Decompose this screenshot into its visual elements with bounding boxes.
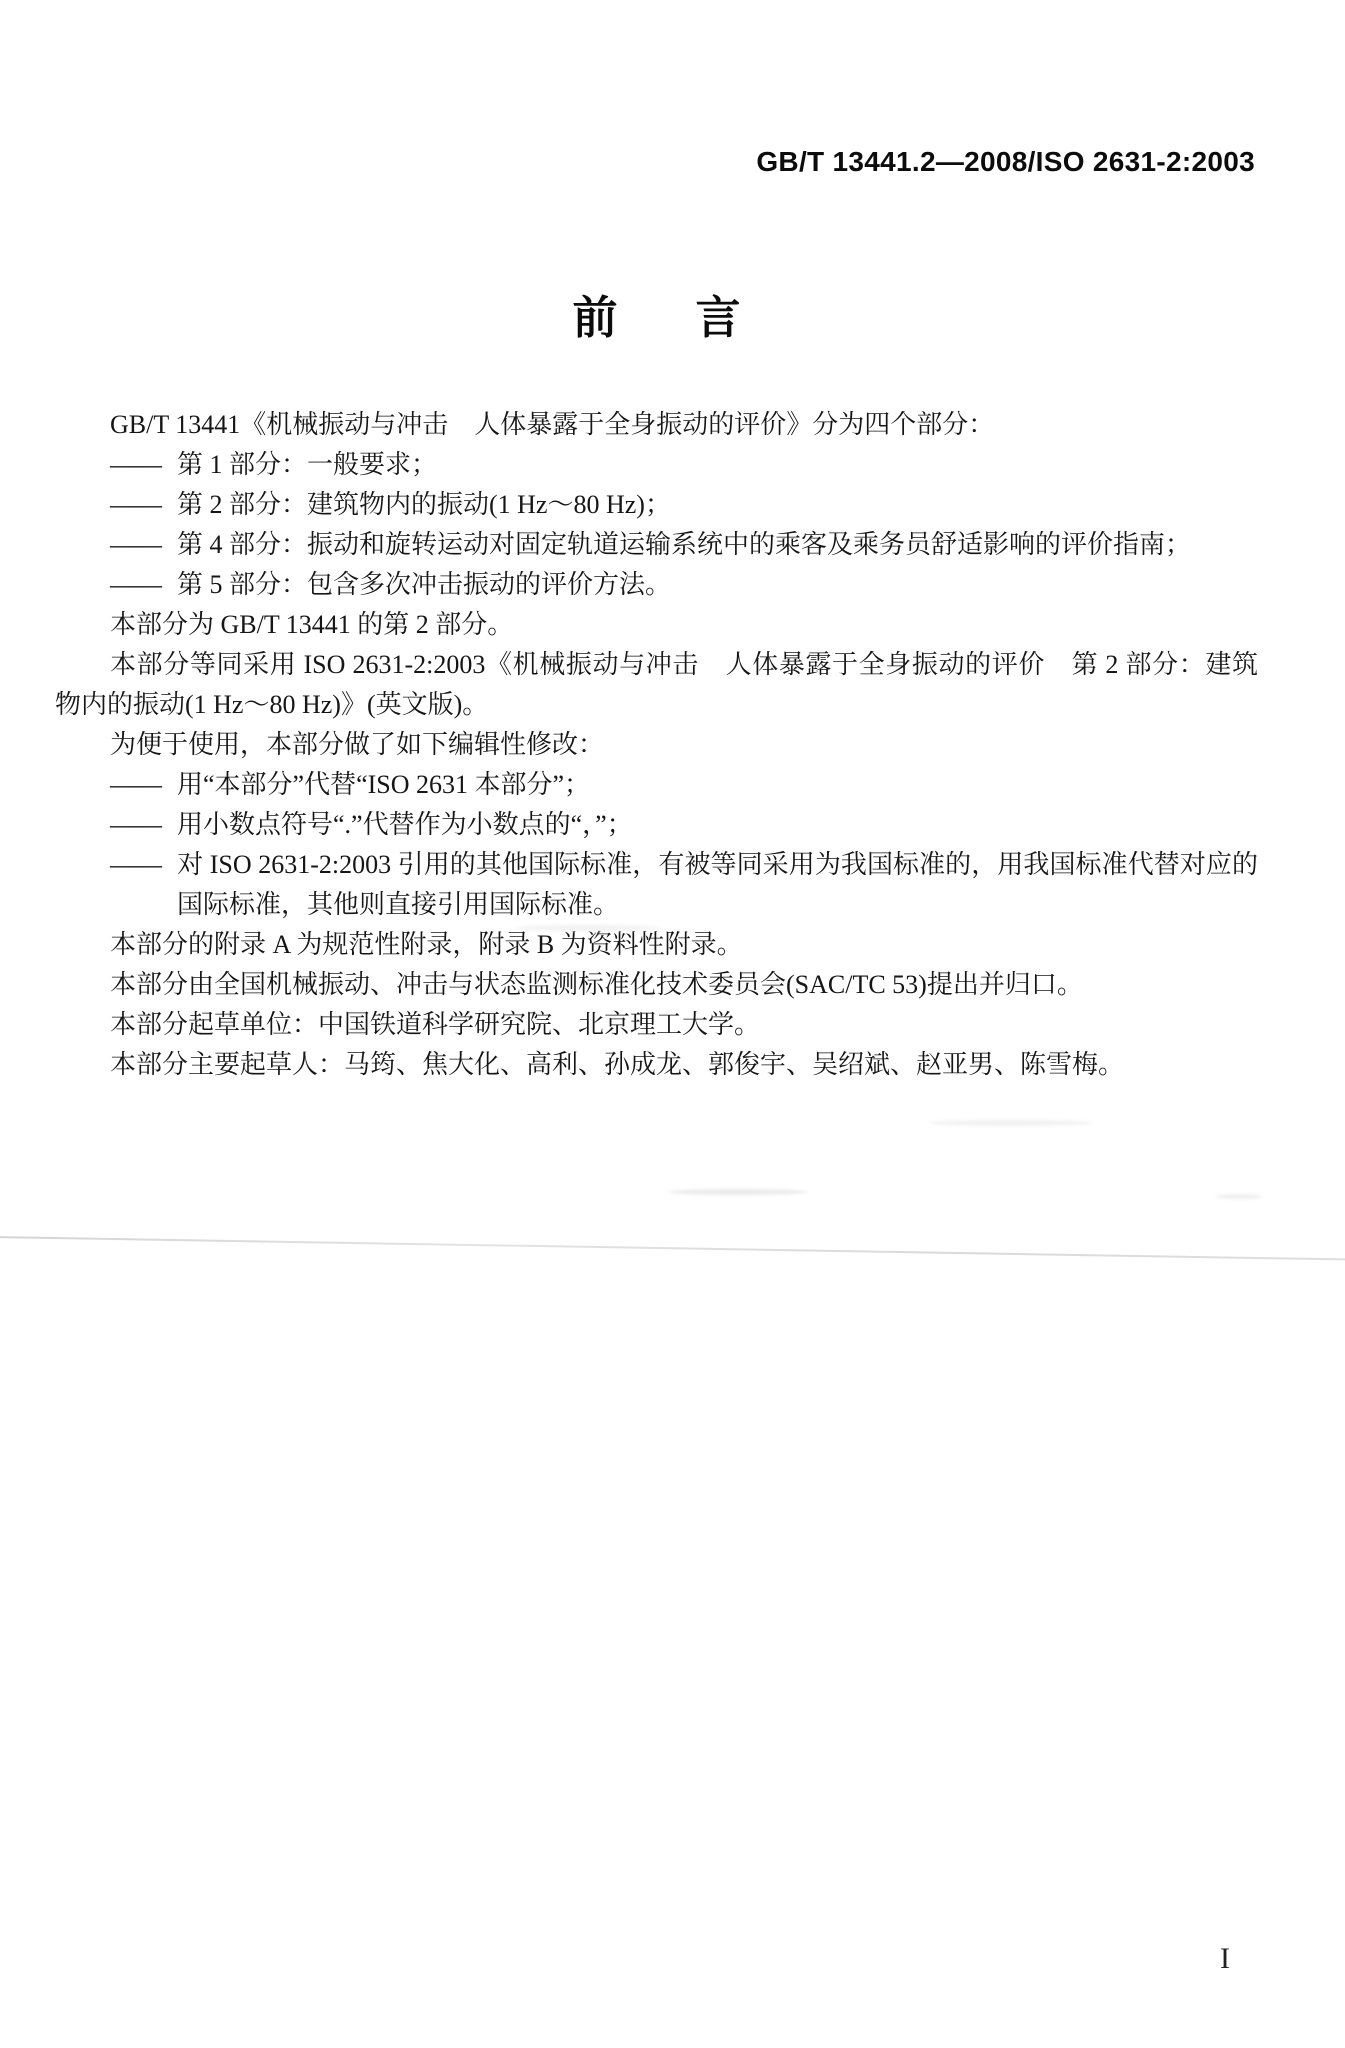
paragraph-text: 第 2 部分：建筑物内的振动(1 Hz～80 Hz)； [177,490,671,519]
foreword-list-item: ——第 1 部分：一般要求； [55,445,1258,485]
paragraph-text: GB/T 13441《机械振动与冲击 人体暴露于全身振动的评价》分为四个部分： [110,410,994,439]
dash-marker: —— [110,445,177,485]
foreword-body: GB/T 13441《机械振动与冲击 人体暴露于全身振动的评价》分为四个部分： … [55,405,1258,1085]
paragraph-text: 本部分起草单位：中国铁道科学研究院、北京理工大学。 [110,1010,760,1039]
scan-artifact-smudge [1216,1194,1262,1199]
foreword-list-item: ——用小数点符号“.”代替作为小数点的“，”； [55,805,1258,845]
foreword-title-char-1: 前 [572,281,617,346]
dash-marker: —— [110,805,177,845]
paragraph-text: 用“本部分”代替“ISO 2631 本部分”； [177,770,590,799]
paragraph-text: 为便于使用，本部分做了如下编辑性修改： [110,730,604,759]
foreword-paragraph: 本部分的附录 A 为规范性附录，附录 B 为资料性附录。 [55,925,1258,965]
foreword-paragraph: 本部分起草单位：中国铁道科学研究院、北京理工大学。 [55,1005,1258,1045]
paragraph-text: 第 1 部分：一般要求； [177,450,437,479]
foreword-list-item: ——第 5 部分：包含多次冲击振动的评价方法。 [55,565,1258,605]
foreword-paragraph: 本部分等同采用 ISO 2631-2:2003《机械振动与冲击 人体暴露于全身振… [55,645,1258,725]
foreword-title-char-2: 言 [696,281,741,346]
foreword-paragraph: 本部分为 GB/T 13441 的第 2 部分。 [55,605,1258,645]
dash-marker: —— [110,845,177,885]
dash-marker: —— [110,525,177,565]
foreword-list-item: ——用“本部分”代替“ISO 2631 本部分”； [55,765,1258,805]
paragraph-text: 本部分的附录 A 为规范性附录，附录 B 为资料性附录。 [110,930,743,959]
paragraph-text: 对 ISO 2631-2:2003 引用的其他国际标准，有被等同采用为我国标准的… [177,850,1258,919]
foreword-paragraph: GB/T 13441《机械振动与冲击 人体暴露于全身振动的评价》分为四个部分： [55,405,1258,445]
scan-artifact-line [0,1236,1345,1261]
scan-artifact-smudge [668,1189,808,1195]
foreword-title: 前 言 [55,281,1258,346]
paragraph-text: 本部分为 GB/T 13441 的第 2 部分。 [110,610,513,639]
foreword-paragraph: 为便于使用，本部分做了如下编辑性修改： [55,725,1258,765]
dash-marker: —— [110,485,177,525]
paragraph-text: 用小数点符号“.”代替作为小数点的“，”； [177,810,633,839]
foreword-list-item: ——第 2 部分：建筑物内的振动(1 Hz～80 Hz)； [55,485,1258,525]
paragraph-text: 第 5 部分：包含多次冲击振动的评价方法。 [177,570,671,599]
scan-artifact-smudge [928,1120,1093,1126]
foreword-paragraph: 本部分由全国机械振动、冲击与状态监测标准化技术委员会(SAC/TC 53)提出并… [55,965,1258,1005]
scan-artifact-smudge [515,925,660,931]
paragraph-text: 本部分由全国机械振动、冲击与状态监测标准化技术委员会(SAC/TC 53)提出并… [110,970,1083,999]
document-page: GB/T 13441.2—2008/ISO 2631-2:2003 前 言 GB… [0,0,1345,2048]
page-number: I [1220,1942,1230,1976]
foreword-list-item: ——第 4 部分：振动和旋转运动对固定轨道运输系统中的乘客及乘务员舒适影响的评价… [55,525,1258,565]
standard-number-header: GB/T 13441.2—2008/ISO 2631-2:2003 [756,146,1255,178]
foreword-list-item: ——对 ISO 2631-2:2003 引用的其他国际标准，有被等同采用为我国标… [55,845,1258,925]
foreword-paragraph: 本部分主要起草人：马筠、焦大化、高利、孙成龙、郭俊宇、吴绍斌、赵亚男、陈雪梅。 [55,1045,1258,1085]
paragraph-text: 本部分主要起草人：马筠、焦大化、高利、孙成龙、郭俊宇、吴绍斌、赵亚男、陈雪梅。 [110,1050,1124,1079]
dash-marker: —— [110,765,177,805]
dash-marker: —— [110,565,177,605]
paragraph-text: 第 4 部分：振动和旋转运动对固定轨道运输系统中的乘客及乘务员舒适影响的评价指南… [177,530,1191,559]
paragraph-text: 本部分等同采用 ISO 2631-2:2003《机械振动与冲击 人体暴露于全身振… [55,650,1258,719]
